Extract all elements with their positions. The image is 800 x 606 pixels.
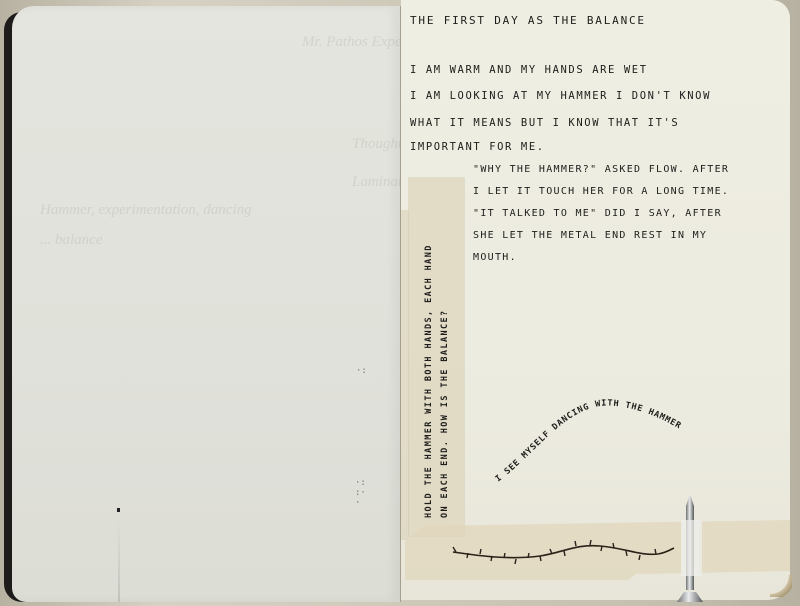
quote-line: I LET IT TOUCH HER FOR A LONG TIME. (473, 186, 729, 197)
paragraph-line: I AM WARM AND MY HANDS ARE WET (410, 64, 648, 76)
torn-corner (770, 575, 792, 597)
page-title: THE FIRST DAY AS THE BALANCE (410, 14, 646, 27)
arc-caption: I SEE MYSELF DANCING WITH THE HAMMER (490, 370, 730, 500)
arc-caption-text: I SEE MYSELF DANCING WITH THE HAMMER (494, 398, 683, 484)
ink-specks: ·: (356, 366, 367, 376)
ghost-text: ... balance (40, 232, 102, 249)
vine-line-icon (450, 538, 680, 568)
tape-instruction-line: ON EACH END. HOW IS THE BALANCE? (440, 309, 450, 518)
svg-text:I SEE MYSELF DANCING WITH THE: I SEE MYSELF DANCING WITH THE HAMMER (494, 398, 683, 484)
nail-icon (672, 492, 708, 606)
paragraph-line: I AM LOOKING AT MY HAMMER I DON'T KNOW (410, 90, 711, 102)
quote-line: "WHY THE HAMMER?" ASKED FLOW. AFTER (473, 164, 729, 175)
ink-dot (117, 508, 120, 512)
tape-instruction-line: HOLD THE HAMMER WITH BOTH HANDS, EACH HA… (424, 244, 434, 518)
left-page: Mr. Pathos Experiment Thought: 4 Move Th… (12, 6, 400, 602)
ink-specks: ·: :· · (355, 478, 366, 508)
vertical-tape-strip (409, 178, 464, 536)
paragraph-line: IMPORTANT FOR ME. (410, 141, 545, 153)
paragraph-line: WHAT IT MEANS BUT I KNOW THAT IT'S (410, 117, 679, 129)
page-crease (118, 520, 120, 602)
quote-line: MOUTH. (473, 252, 517, 263)
quote-line: "IT TALKED TO ME" DID I SAY, AFTER (473, 208, 722, 219)
tape-fold (401, 210, 409, 540)
quote-line: SHE LET THE METAL END REST IN MY (473, 230, 707, 241)
ghost-text: Hammer, experimentation, dancing (40, 202, 252, 219)
